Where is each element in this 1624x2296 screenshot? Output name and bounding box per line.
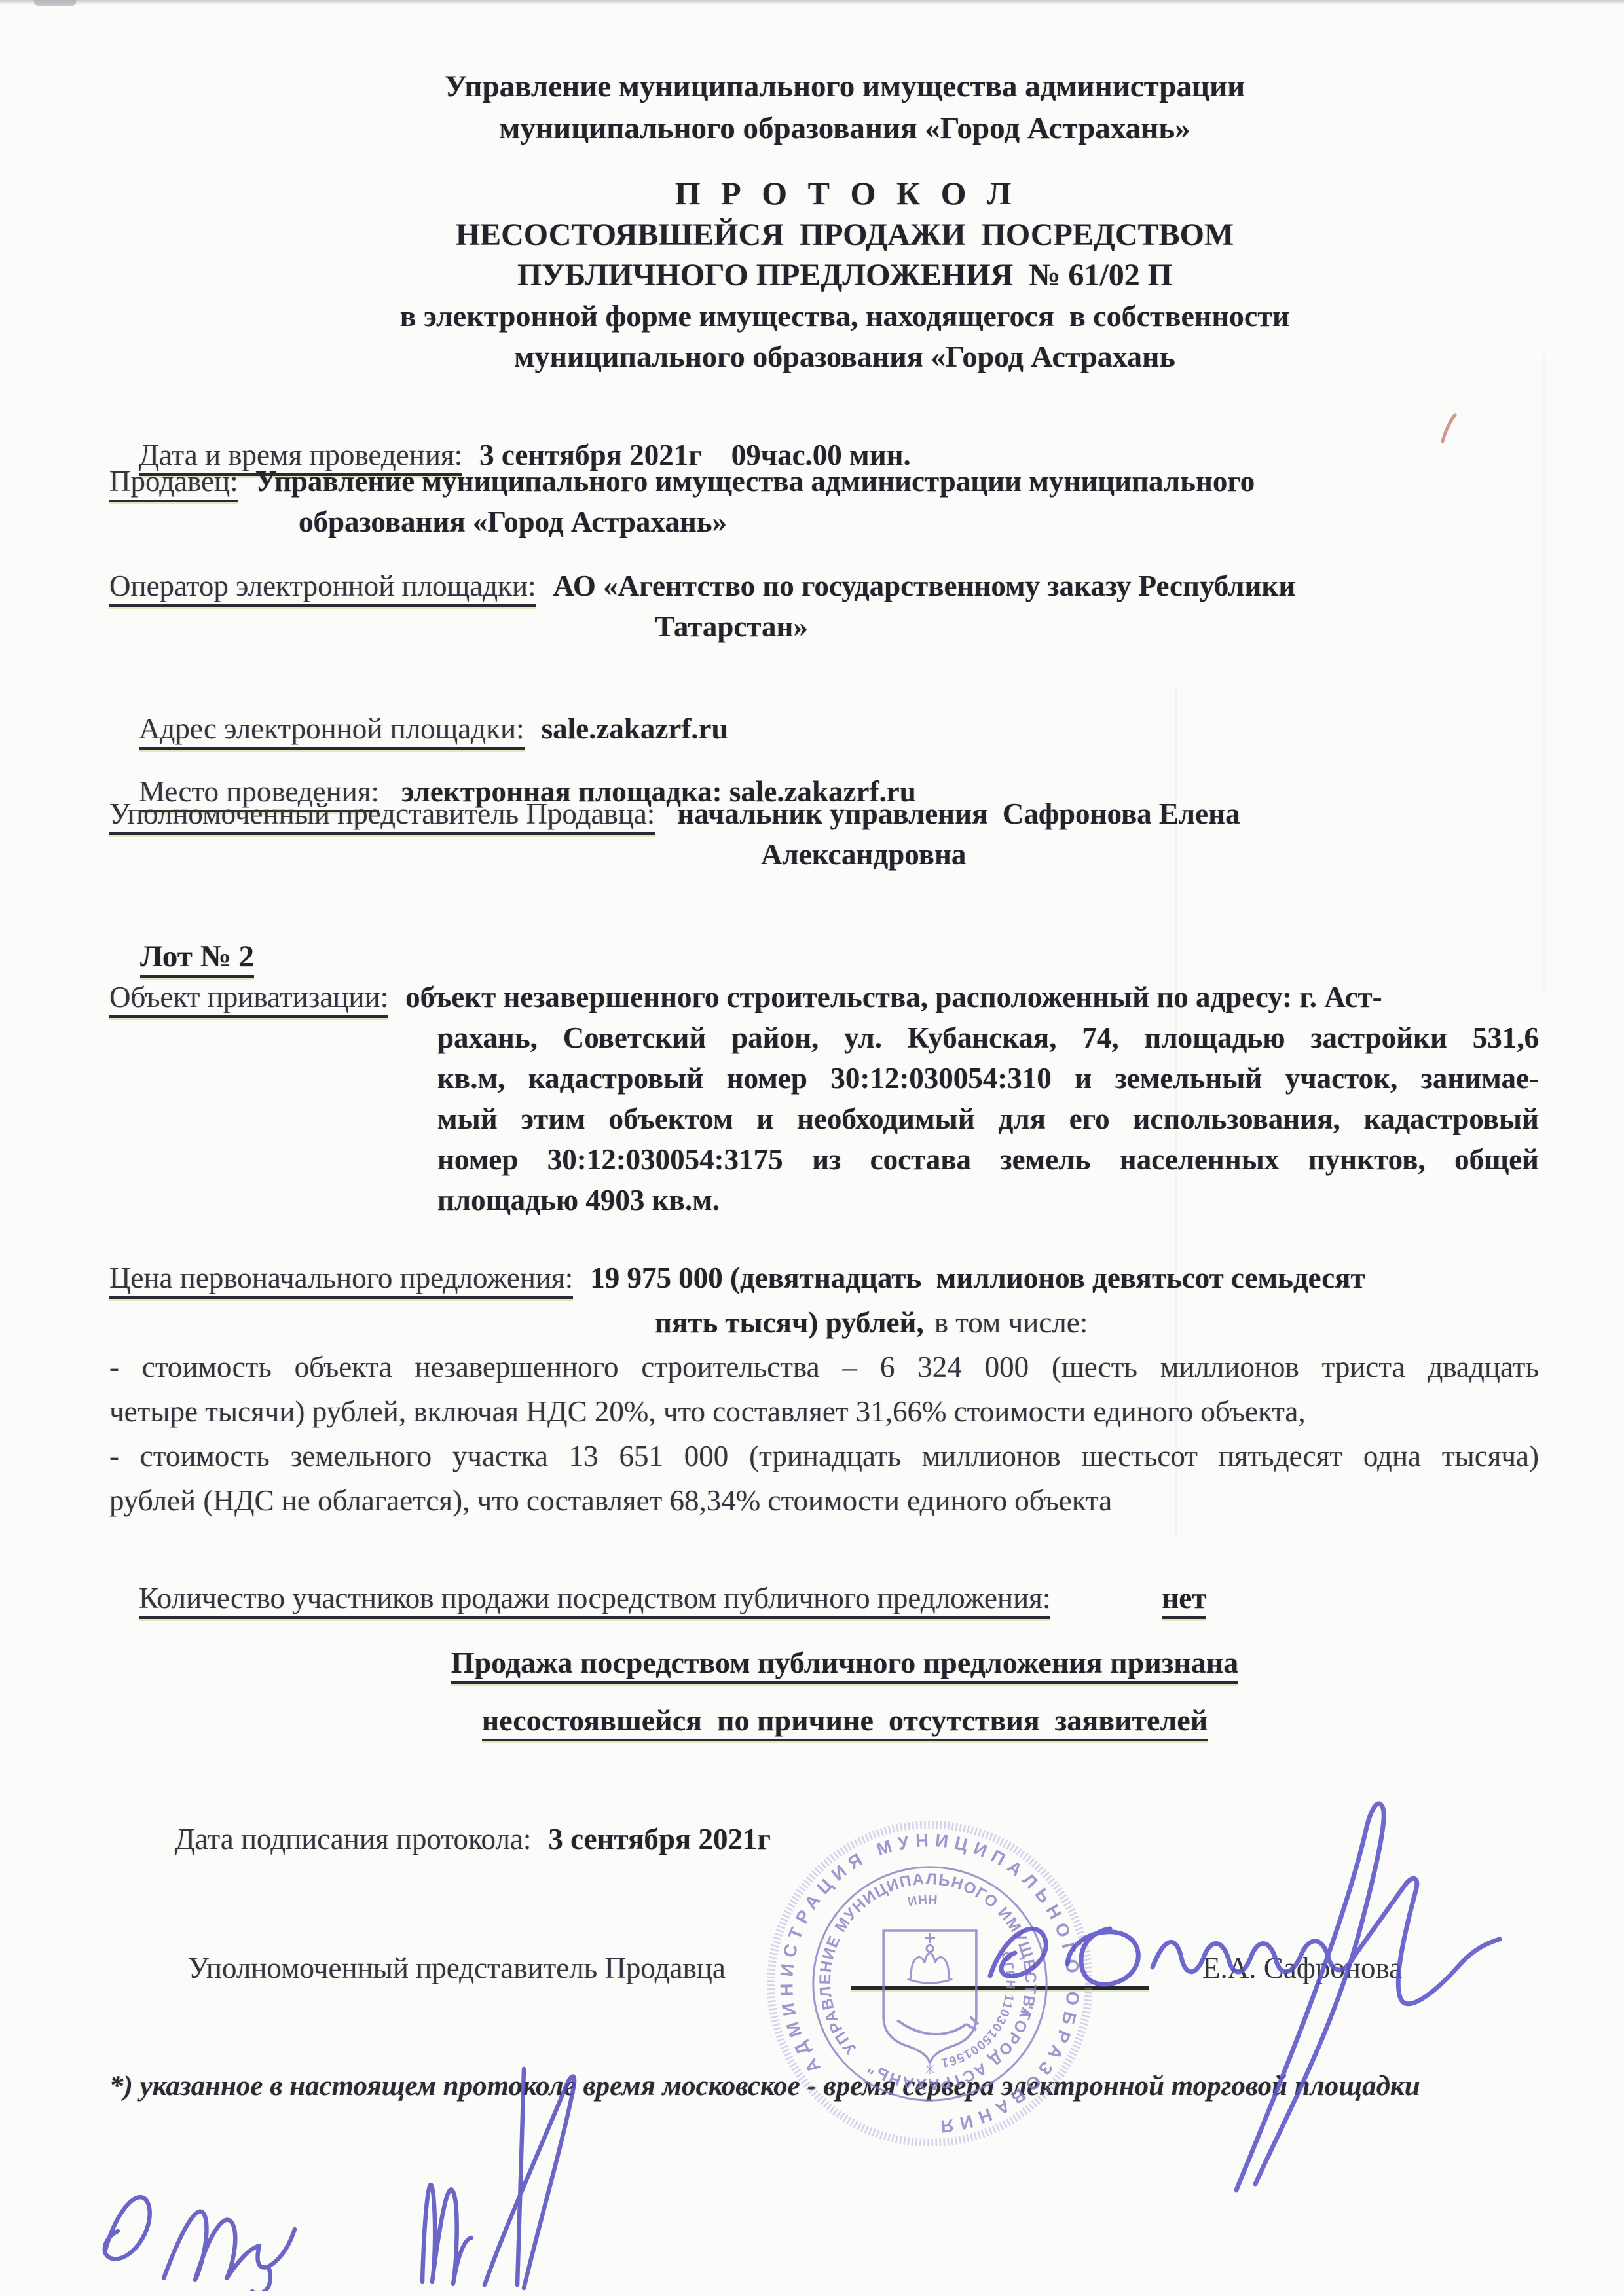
price-value-line2-bold: пять тысяч) рублей, bbox=[655, 1306, 924, 1339]
price-item2-line1: - стоимость земельного участка 13 651 00… bbox=[109, 1434, 1539, 1478]
field-rep-label: Уполномоченный представитель Продавца: bbox=[109, 797, 655, 835]
org-name-line2: муниципального образования «Город Астрах… bbox=[33, 107, 1624, 149]
object-value-line2: рахань, Советский район, ул. Кубанская, … bbox=[437, 1017, 1539, 1058]
field-seller-value-line1: Управление муниципального имущества адми… bbox=[255, 465, 1255, 498]
result-line1: Продажа посредством публичного предложен… bbox=[451, 1646, 1238, 1684]
participants-label: Количество участников продажи посредство… bbox=[139, 1582, 1050, 1619]
price-item1-line2: четыре тысячи) рублей, включая НДС 20%, … bbox=[109, 1389, 1539, 1434]
signature-a-loop bbox=[105, 2197, 150, 2259]
field-rep-value-line1: начальник управления Сафронова Елена bbox=[677, 797, 1240, 830]
object-value-line5: номер 30:12:030054:3175 из состава земел… bbox=[437, 1139, 1539, 1180]
signature-tail bbox=[1354, 1878, 1500, 2004]
scanned-protocol-document: Управление муниципального имущества адми… bbox=[0, 0, 1624, 2296]
signature-a-descender bbox=[252, 2267, 270, 2291]
org-name-line1: Управление муниципального имущества адми… bbox=[33, 65, 1624, 107]
signature-b-diagonal bbox=[485, 2077, 574, 2289]
object-value-line3: кв.м, кадастровый номер 30:12:030054:310… bbox=[437, 1058, 1539, 1099]
signature-letter-o bbox=[1067, 1929, 1138, 1984]
lot-number-label: Лот № 2 bbox=[140, 939, 254, 978]
field-operator-value-line2: Татарстан» bbox=[655, 610, 808, 643]
result-statement: Продажа посредством публичного предложен… bbox=[65, 1634, 1624, 1749]
price-item1-line1: - стоимость объекта незавершенного строи… bbox=[109, 1345, 1539, 1389]
red-pen-mark bbox=[1437, 412, 1460, 445]
signature-letter-e bbox=[990, 1929, 1046, 1976]
field-operator: Оператор электронной площадки:АО «Агентс… bbox=[109, 566, 1539, 647]
field-seller-label: Продавец: bbox=[109, 465, 238, 502]
signature-row-label: Уполномоченный представитель Продавца bbox=[188, 1951, 726, 1985]
title-line4: в электронной форме имущества, находящег… bbox=[33, 296, 1624, 337]
scan-smudge-artifact bbox=[34, 0, 76, 6]
price-value-line2-rest: в том числе: bbox=[934, 1306, 1088, 1339]
representative-signature bbox=[917, 1768, 1585, 2226]
signature-b-tall-stroke bbox=[517, 2069, 524, 2285]
object-value-line1: объект незавершенного строительства, рас… bbox=[405, 981, 1382, 1013]
price-item2-line2: рублей (НДС не облагается), что составля… bbox=[109, 1478, 1539, 1523]
object-label: Объект приватизации: bbox=[109, 981, 388, 1018]
object-value-line4: мый этим объектом и необходимый для его … bbox=[437, 1099, 1539, 1139]
participants-value: нет bbox=[1162, 1582, 1206, 1619]
price-value-line1: 19 975 000 (девятнадцать миллионов девят… bbox=[590, 1262, 1365, 1294]
object-value-line6: площадью 4903 кв.м. bbox=[437, 1180, 1539, 1220]
document-title: П Р О Т О К О Л НЕСОСТОЯВШЕЙСЯ ПРОДАЖИ П… bbox=[33, 172, 1624, 377]
org-header: Управление муниципального имущества адми… bbox=[33, 65, 1624, 149]
bottom-signatures bbox=[65, 2062, 629, 2291]
result-line2: несостоявшейся по причине отсутствия зая… bbox=[482, 1704, 1208, 1741]
signature-a-scribble bbox=[164, 2212, 295, 2280]
title-line5: муниципального образования «Город Астрах… bbox=[33, 337, 1624, 377]
title-line3: ПУБЛИЧНОГО ПРЕДЛОЖЕНИЯ № 61/02 П bbox=[33, 255, 1624, 296]
field-representative: Уполномоченный представитель Продавца:на… bbox=[109, 793, 1539, 875]
price-section: Цена первоначального предложения:19 975 … bbox=[109, 1256, 1539, 1523]
paper-crease bbox=[1543, 354, 1545, 995]
field-seller: Продавец:Управление муниципального имуще… bbox=[109, 461, 1539, 542]
signature-long-stroke bbox=[1236, 1804, 1384, 2190]
signing-date-label: Дата подписания протокола: bbox=[175, 1823, 531, 1855]
title-protocol: П Р О Т О К О Л bbox=[33, 172, 1624, 215]
field-rep-value-line2: Александровна bbox=[761, 838, 966, 871]
price-label: Цена первоначального предложения: bbox=[109, 1262, 573, 1299]
signature-b-loops bbox=[422, 2185, 471, 2284]
privatization-object: Объект приватизации:объект незавершенног… bbox=[109, 977, 1539, 1220]
field-seller-value-line2: образования «Город Астрахань» bbox=[299, 505, 727, 538]
signing-date-value: 3 сентября 2021г bbox=[548, 1823, 771, 1855]
title-line2: НЕСОСТОЯВШЕЙСЯ ПРОДАЖИ ПОСРЕДСТВОМ bbox=[33, 215, 1624, 255]
field-operator-value-line1: АО «Агентство по государственному заказу… bbox=[553, 570, 1296, 602]
scan-edge-artifact bbox=[0, 0, 1624, 5]
field-operator-label: Оператор электронной площадки: bbox=[109, 570, 536, 607]
